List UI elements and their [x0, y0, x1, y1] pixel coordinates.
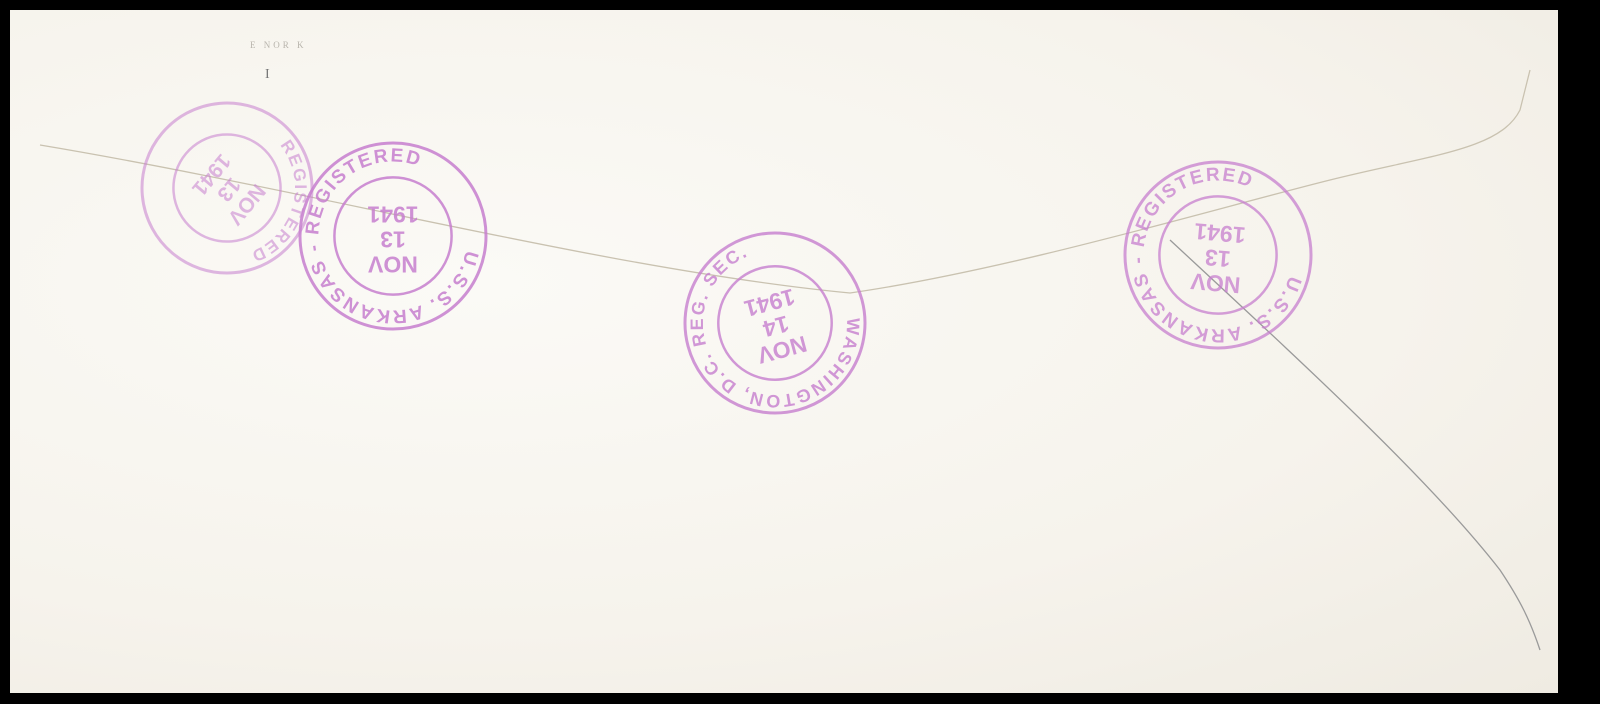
postmark-date-month: NOV: [367, 251, 418, 277]
postmark-date-month: NOV: [1189, 268, 1242, 298]
postmark-date-day: 13: [380, 226, 406, 252]
postmark-washington: WASHINGTON, D.C. REG. SEC.NOV141941: [665, 213, 885, 433]
envelope-back: E NOR K I REGISTEREDNOV131941U.S.S. ARKA…: [10, 10, 1558, 693]
postmark-date-year: 1941: [1193, 218, 1246, 248]
postmarks-layer: REGISTEREDNOV131941U.S.S. ARKANSAS - REG…: [10, 10, 1558, 693]
postmark-date-year: 1941: [367, 201, 418, 227]
postmark-uss-arkansas-1: U.S.S. ARKANSAS - REGISTEREDNOV131941: [300, 143, 486, 329]
postmark-date-day: 13: [1204, 244, 1232, 272]
postmark-uss-arkansas-2: U.S.S. ARKANSAS - REGISTEREDNOV131941: [1117, 154, 1319, 356]
postmark-date-year: 1941: [741, 284, 797, 322]
